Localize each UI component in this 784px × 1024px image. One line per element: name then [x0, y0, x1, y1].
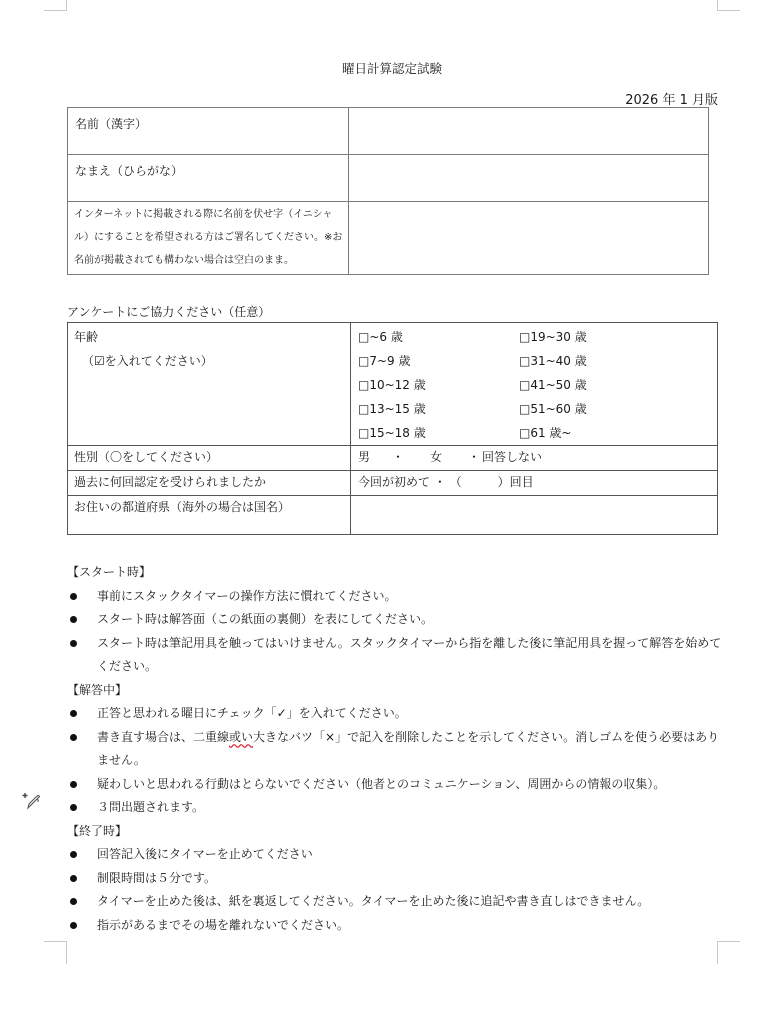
age-label: 年齢 — [74, 325, 350, 349]
instruction-item: スタート時は解答面（この紙面の裏側）を表にしてください。 — [67, 608, 727, 632]
age-option-checkbox[interactable]: □51~60 歳 — [519, 397, 679, 421]
survey-table: 年齢 （☑を入れてください） □~6 歳 □19~30 歳 □7~9 歳 □31… — [67, 322, 718, 535]
page-corner-mark-bottom-left — [44, 941, 67, 964]
initials-signature-field[interactable] — [349, 202, 709, 275]
text-segment: 書き直す場合は、二重線 — [97, 730, 229, 744]
age-option-checkbox[interactable]: □19~30 歳 — [519, 325, 679, 349]
end-heading: 【終了時】 — [67, 820, 727, 844]
gender-option-male[interactable]: 男 — [358, 448, 392, 465]
page-corner-mark-top-left — [44, 0, 67, 11]
gender-option-no-answer[interactable]: 回答しない — [482, 448, 542, 465]
survey-caption: アンケートにご協力ください（任意） — [67, 303, 270, 320]
instruction-item: ３問出題されます。 — [67, 796, 727, 820]
separator-dot: ・ — [468, 448, 482, 465]
age-option-checkbox[interactable]: □10~12 歳 — [358, 373, 519, 397]
name-kanji-label: 名前（漢字） — [68, 108, 349, 155]
prefecture-label: お住いの都道府県（海外の場合は国名） — [68, 496, 351, 535]
instruction-item: 正答と思われる曜日にチェック「✓」を入れてください。 — [67, 702, 727, 726]
ai-rewrite-pen-icon[interactable] — [22, 791, 42, 811]
age-option-checkbox[interactable]: □~6 歳 — [358, 325, 519, 349]
instruction-item: 回答記入後にタイマーを止めてください — [67, 843, 727, 867]
name-kanji-field[interactable] — [349, 108, 709, 155]
age-option-checkbox[interactable]: □13~15 歳 — [358, 397, 519, 421]
gender-options: 男・女・回答しない — [351, 446, 718, 471]
name-hiragana-field[interactable] — [349, 155, 709, 202]
past-certifications-label: 過去に何回認定を受けられましたか — [68, 471, 351, 496]
age-options-cell: □~6 歳 □19~30 歳 □7~9 歳 □31~40 歳 □10~12 歳 … — [351, 323, 718, 446]
name-kanji-row: 名前（漢字） — [68, 108, 709, 155]
gender-label: 性別（〇をしてください） — [68, 446, 351, 471]
age-option-checkbox[interactable]: □7~9 歳 — [358, 349, 519, 373]
instruction-item: 制限時間は５分です。 — [67, 867, 727, 891]
separator-dot: ・ — [392, 448, 430, 465]
initials-request-label: インターネットに掲載される際に名前を伏せ字（イニシャル）にすることを希望される方… — [68, 202, 349, 275]
age-option-checkbox[interactable]: □41~50 歳 — [519, 373, 679, 397]
age-option-checkbox[interactable]: □61 歳~ — [519, 421, 679, 445]
age-row: 年齢 （☑を入れてください） □~6 歳 □19~30 歳 □7~9 歳 □31… — [68, 323, 718, 446]
instruction-item: 疑わしいと思われる行動はとらないでください（他者とのコミュニケーション、周囲から… — [67, 773, 727, 797]
spellcheck-flagged-word[interactable]: 或い — [229, 730, 253, 744]
prefecture-row: お住いの都道府県（海外の場合は国名） — [68, 496, 718, 535]
instruction-item: タイマーを止めた後は、紙を裏返してください。タイマーを止めた後に追記や書き直しは… — [67, 890, 727, 914]
instruction-item: 書き直す場合は、二重線或い大きなバツ「×」で記入を削除したことを示してください。… — [67, 726, 727, 773]
name-hiragana-label: なまえ（ひらがな） — [68, 155, 349, 202]
age-sublabel: （☑を入れてください） — [74, 349, 350, 373]
gender-option-female[interactable]: 女 — [430, 448, 468, 465]
during-heading: 【解答中】 — [67, 679, 727, 703]
instructions: 【スタート時】 事前にスタックタイマーの操作方法に慣れてください。 スタート時は… — [67, 561, 727, 937]
start-heading: 【スタート時】 — [67, 561, 727, 585]
prefecture-field[interactable] — [351, 496, 718, 535]
age-option-checkbox[interactable]: □31~40 歳 — [519, 349, 679, 373]
document-title: 曜日計算認定試験 — [0, 59, 784, 77]
page-corner-mark-bottom-right — [717, 941, 740, 964]
past-certifications-field[interactable]: 今回が初めて ・ （ ）回目 — [351, 471, 718, 496]
document-edition: 2026 年 1 月版 — [625, 89, 718, 108]
instruction-item: スタート時は筆記用具を触ってはいけません。スタックタイマーから指を離した後に筆記… — [67, 632, 727, 679]
instruction-item: 事前にスタックタイマーの操作方法に慣れてください。 — [67, 585, 727, 609]
age-option-checkbox[interactable]: □15~18 歳 — [358, 421, 519, 445]
initials-request-row: インターネットに掲載される際に名前を伏せ字（イニシャル）にすることを希望される方… — [68, 202, 709, 275]
page-corner-mark-top-right — [717, 0, 740, 11]
age-label-cell: 年齢 （☑を入れてください） — [68, 323, 351, 446]
instruction-item: 指示があるまでその場を離れないでください。 — [67, 914, 727, 938]
past-certifications-row: 過去に何回認定を受けられましたか 今回が初めて ・ （ ）回目 — [68, 471, 718, 496]
name-hiragana-row: なまえ（ひらがな） — [68, 155, 709, 202]
name-table: 名前（漢字） なまえ（ひらがな） インターネットに掲載される際に名前を伏せ字（イ… — [67, 107, 709, 275]
gender-row: 性別（〇をしてください） 男・女・回答しない — [68, 446, 718, 471]
